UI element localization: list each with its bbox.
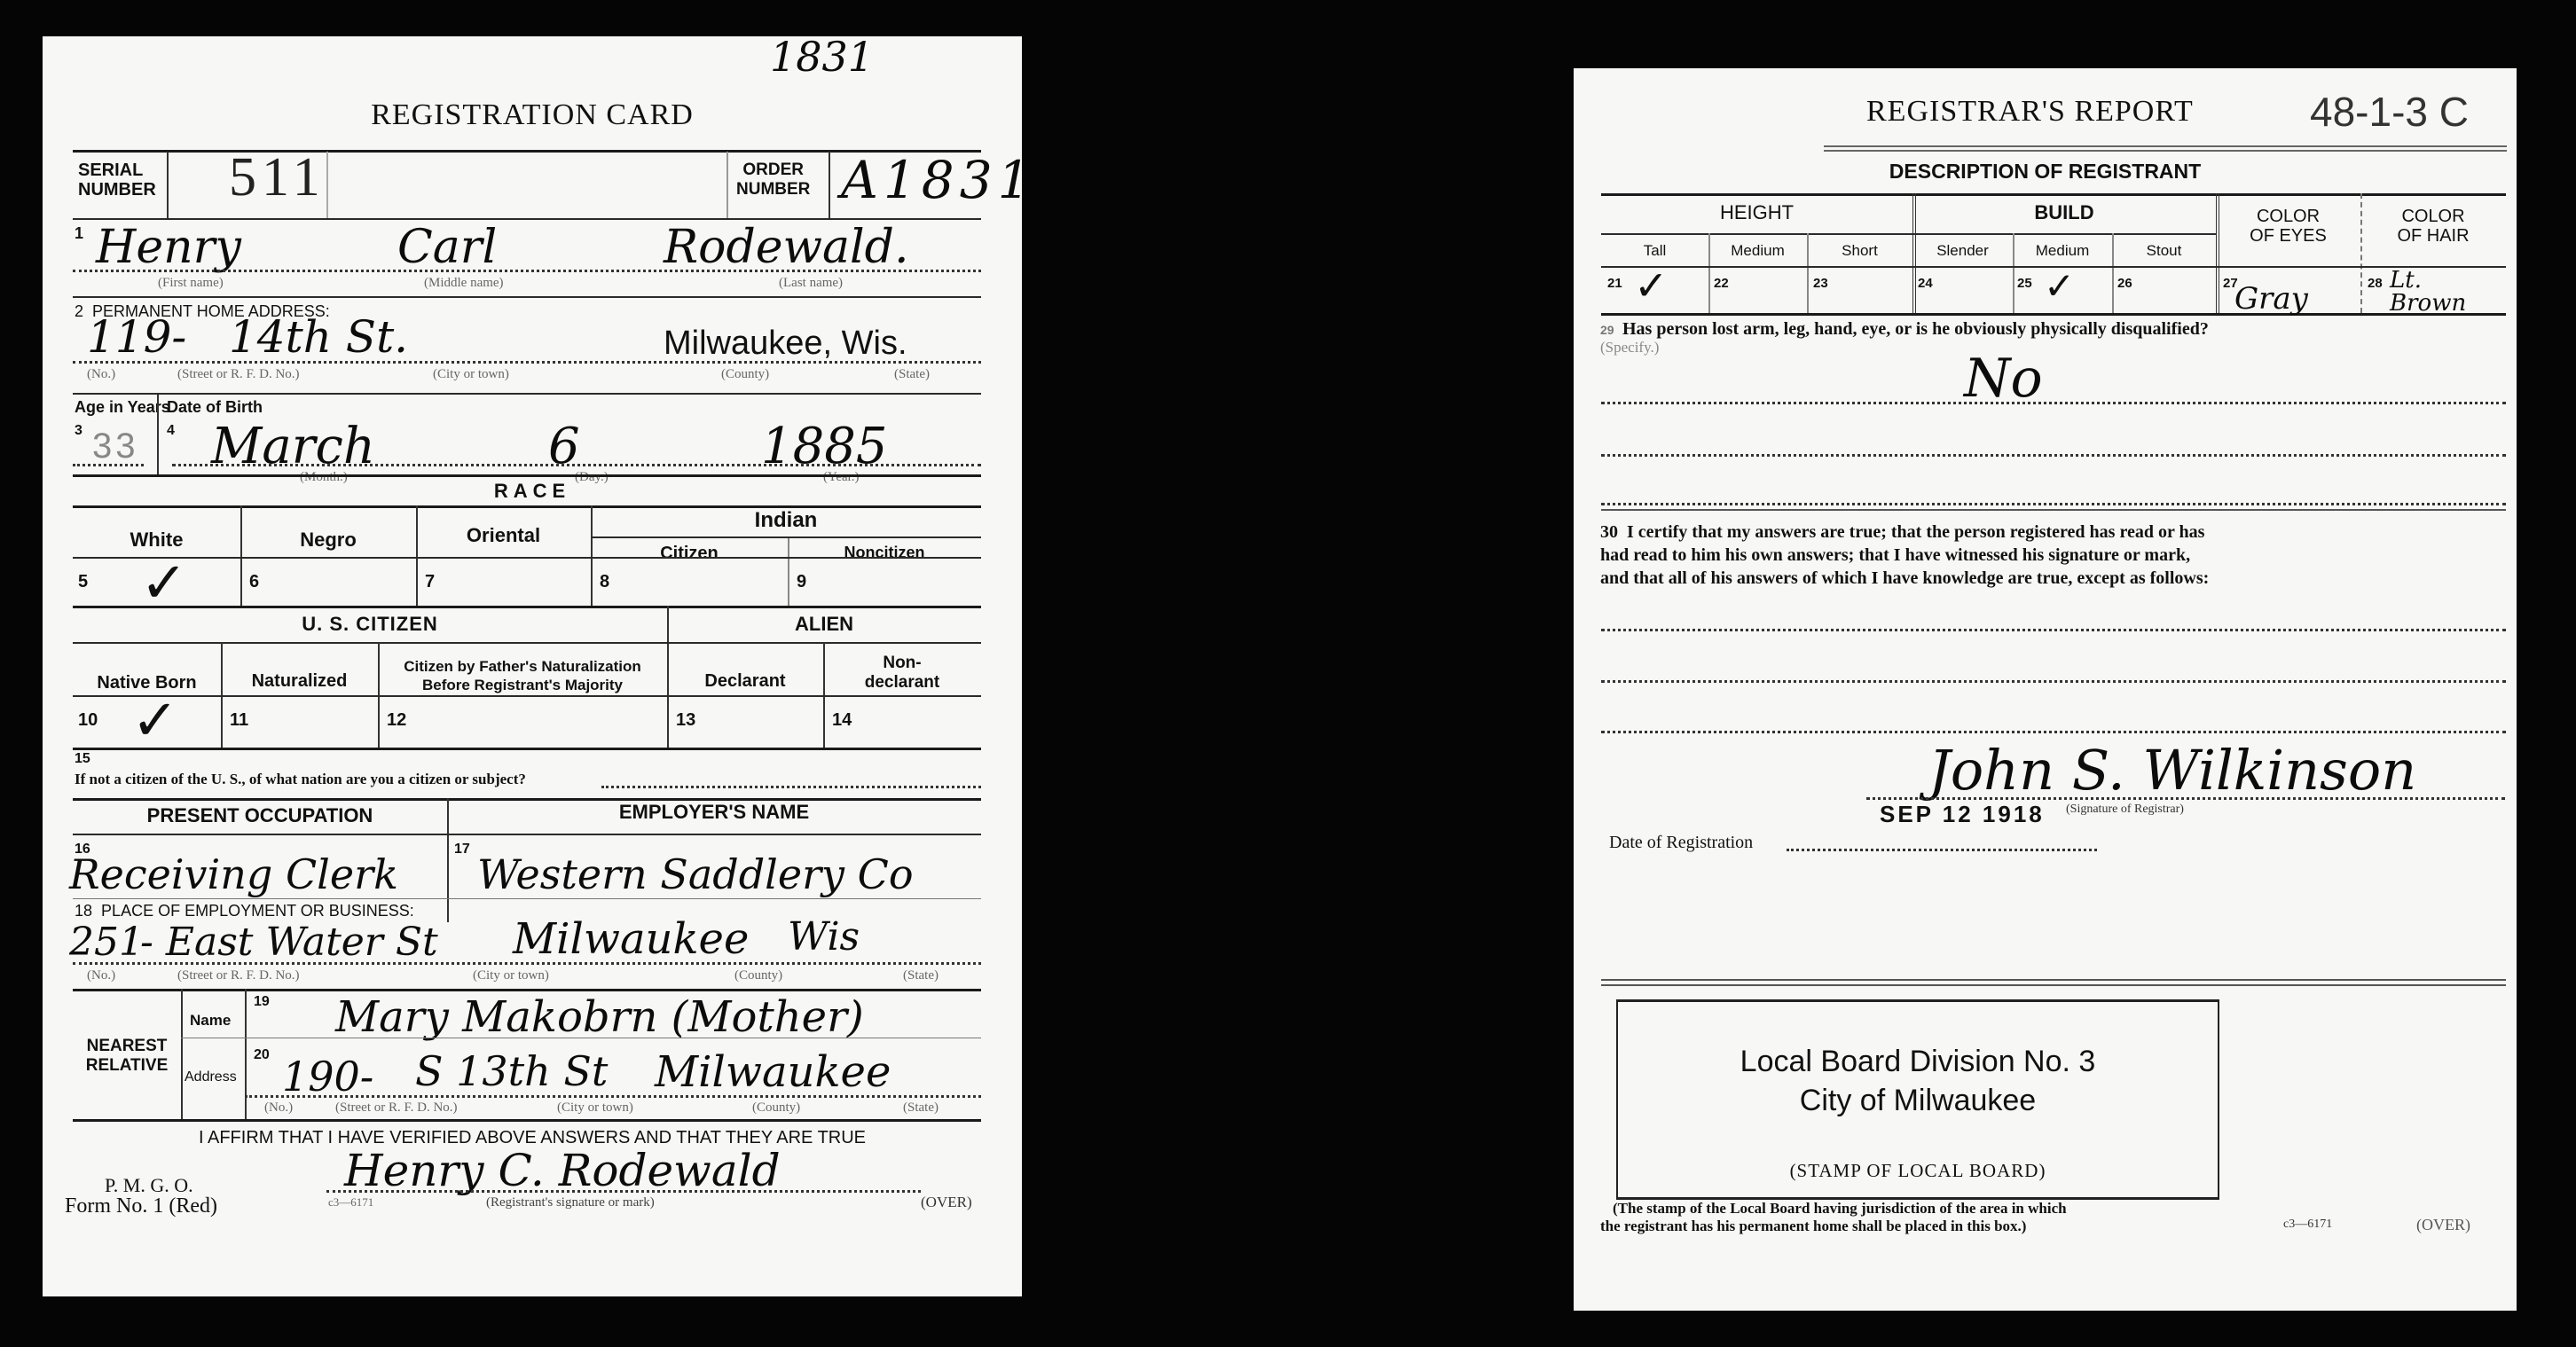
description-title: DESCRIPTION OF REGISTRANT	[1574, 160, 2517, 184]
certification-text: 30 I certify that my answers are true; t…	[1600, 521, 2505, 590]
form-id-line2: Form No. 1 (Red)	[65, 1194, 217, 1218]
last-name-value: Rodewald.	[664, 221, 908, 274]
alien-title: ALIEN	[667, 613, 981, 636]
first-name-value: Henry	[96, 221, 241, 274]
date-of-registration-label: Date of Registration	[1609, 833, 1753, 853]
employment-state: Wis	[788, 914, 860, 959]
relative-address-number: 190-	[282, 1053, 373, 1100]
serial-number-value: 511	[229, 146, 326, 209]
home-address-city: Milwaukee, Wis.	[664, 325, 907, 363]
relative-address-street: S 13th St	[415, 1047, 608, 1095]
age-value: 33	[92, 427, 139, 466]
registrars-report-back: REGISTRAR'S REPORT 48-1-3 C DESCRIPTION …	[1574, 68, 2517, 1311]
nation-question: If not a citizen of the U. S., of what n…	[75, 771, 526, 788]
order-number-label: ORDER NUMBER	[736, 161, 810, 200]
middle-name-value: Carl	[397, 221, 497, 274]
disqualified-question: Has person lost arm, leg, hand, eye, or …	[1622, 319, 2209, 340]
height-tall-checkbox: ✓	[1634, 265, 1669, 306]
handwritten-top-number: 1831	[770, 33, 874, 81]
registration-date-stamp: SEP 12 1918	[1880, 801, 2045, 828]
order-number-value: A1831	[841, 150, 1036, 210]
employment-number: 251	[69, 920, 144, 965]
local-board-stamp-box: Local Board Division No. 3 City of Milwa…	[1616, 999, 2219, 1200]
relative-name-value: Mary Makobrn (Mother)	[335, 992, 864, 1042]
dob-day: 6	[548, 418, 580, 475]
registrant-signature: Henry C. Rodewald	[344, 1145, 781, 1196]
employment-street: - East Water St	[140, 920, 438, 965]
disqualified-answer: No	[1964, 348, 2043, 410]
stamp-line2: City of Milwaukee	[1618, 1084, 2218, 1118]
registrar-signature: John S. Wilkinson	[1928, 738, 2416, 803]
home-address-street: 14th St.	[229, 311, 408, 363]
hair-color-value: Lt. Brown	[2390, 269, 2496, 315]
occupation-value: Receiving Clerk	[69, 850, 398, 898]
race-title: RACE	[43, 480, 1022, 503]
stamp-note: (The stamp of the Local Board having jur…	[1600, 1200, 2067, 1235]
us-citizen-title: U. S. CITIZEN	[73, 613, 667, 636]
relative-address-city: Milwaukee	[655, 1047, 891, 1097]
home-address-number: 119-	[87, 311, 186, 363]
race-white-checkbox: ✓	[140, 555, 188, 612]
employer-value: Western Saddlery Co	[477, 850, 914, 898]
report-title: REGISTRAR'S REPORT	[1866, 95, 2194, 129]
eye-color-value: Gray	[2234, 281, 2308, 317]
native-born-checkbox: ✓	[131, 693, 179, 749]
build-medium-checkbox: ✓	[2044, 268, 2075, 305]
stamp-caption: (STAMP OF LOCAL BOARD)	[1618, 1160, 2218, 1182]
place-of-employment-label: 18 PLACE OF EMPLOYMENT OR BUSINESS:	[75, 902, 414, 920]
serial-number-label: SERIAL NUMBER	[78, 161, 156, 200]
nearest-relative-label: NEAREST RELATIVE	[73, 1037, 181, 1076]
age-label: Age in Years	[75, 398, 170, 417]
registration-card-front: 1831 REGISTRATION CARD SERIAL NUMBER 511…	[43, 36, 1022, 1296]
dob-label: Date of Birth	[167, 398, 263, 417]
employment-city: Milwaukee	[513, 914, 749, 964]
dob-year: 1885	[761, 418, 888, 475]
card-title: REGISTRATION CARD	[43, 98, 1022, 132]
stamp-line1: Local Board Division No. 3	[1618, 1045, 2218, 1079]
dob-month: March	[211, 418, 375, 475]
report-code: 48-1-3 C	[2310, 88, 2469, 136]
